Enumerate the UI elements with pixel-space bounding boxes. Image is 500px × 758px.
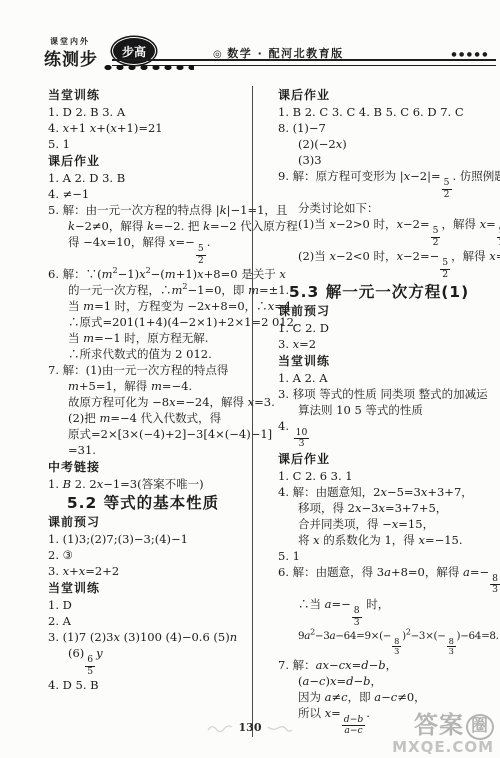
answer-line: 当 m=−1 时，原方程无解. (36, 330, 250, 346)
block-label: 当堂训练 (36, 87, 250, 103)
dots-decoration: ●●●●● (451, 51, 490, 58)
answer-line: 4. x+1 x+(x+1)=21 (36, 120, 250, 136)
answer-line: 7. 解：ax−cx=d−b， (266, 657, 492, 673)
section-heading: 5.3 解一元一次方程(1) (266, 284, 492, 300)
answer-line: =31. (36, 442, 250, 458)
answer-line: 8. (1)−7 (266, 120, 492, 136)
answer-line: 2. ③ (36, 547, 250, 563)
answer-line: 1. C 2. 6 3. 1 (266, 468, 492, 484)
watermark-logo: 答案圈 (392, 713, 494, 740)
fraction: 83 (392, 637, 401, 657)
fraction: 52 (431, 226, 441, 248)
answer-line: ∴所求代数式的值为 2 012. (36, 346, 250, 362)
answer-line: 1. C 2. D (266, 320, 492, 336)
answer-line: 1. B 2. C 3. C 4. B 5. C 6. D 7. C (266, 104, 492, 120)
block-label: 课后作业 (266, 87, 492, 103)
fraction: 65 (85, 655, 95, 677)
content: 当堂训练1. D 2. B 3. A4. x+1 x+(x+1)=215. 1课… (36, 86, 492, 737)
flourish-icon (267, 723, 293, 733)
block-label: 课后作业 (266, 451, 492, 467)
answer-line: 当 m=1 时，方程变为 −2x+8=0，∴x=4， (36, 298, 250, 314)
block-label: 课后作业 (36, 153, 250, 169)
answer-line: 4. 103 (266, 418, 492, 450)
answer-line: k−2≠0，解得 k=−2. 把 k=−2 代入原方程 (36, 218, 250, 234)
fraction: 52 (442, 178, 452, 200)
page-number: 130 (239, 721, 262, 734)
answer-line: 3. x=2 (266, 336, 492, 352)
answer-line: 1. A 2. D 3. B (36, 170, 250, 186)
left-column: 当堂训练1. D 2. B 3. A4. x+1 x+(x+1)=215. 1课… (36, 86, 252, 737)
answer-line: 9. 解：原方程可变形为 |x−2|=52. 仿照例题， (266, 168, 492, 200)
answer-line: 故原方程可化为 −8x=−24，解得 x=3. (36, 394, 250, 410)
scallop-decoration (102, 63, 194, 72)
answer-line: 1. (1)3;(2)7;(3)−3;(4)−1 (36, 531, 250, 547)
answer-line: 移项，得 2x−3x=3+7+5， (266, 500, 492, 516)
watermark-name: 答案 (414, 711, 464, 739)
answer-line: 1. B 2. 2x−1=3(答案不唯一) (36, 476, 250, 492)
fraction: 83 (352, 606, 362, 628)
answer-line: 3. x+x=2+2 (36, 563, 250, 579)
answer-line: 将 x 的系数化为 1，得 x=−15. (266, 532, 492, 548)
answer-line: (2)把 m=−4 代入代数式，得 (36, 410, 250, 426)
fraction: 103 (294, 428, 310, 450)
header: 课堂内外 练测步 步高 ◎数学 · 配河北教育版 ●●●●● (0, 0, 500, 84)
answer-line: (6)65y (36, 645, 250, 677)
subject-title: ◎数学 · 配河北教育版 (213, 45, 344, 61)
fraction: 52 (196, 244, 206, 266)
answer-line: (2)(−2x) (266, 136, 492, 152)
fraction: 83 (447, 637, 456, 657)
answer-line: 5. 1 (266, 548, 492, 564)
answer-line: 3. 移项 等式的性质 同类项 整式的加减运 (266, 386, 492, 402)
block-label: 课前预习 (36, 514, 250, 530)
answer-line: 6. 解：由题意，得 3a+8=0，解得 a=−83， (266, 564, 492, 596)
answer-line: 分类讨论如下： (266, 200, 492, 216)
fraction: 52 (440, 258, 450, 280)
answer-line: (3)3 (266, 152, 492, 168)
block-label: 当堂训练 (266, 353, 492, 369)
answer-line: 1. D 2. B 3. A (36, 104, 250, 120)
subject-icon: ◎ (213, 49, 223, 60)
answer-line: 1. D (36, 597, 250, 613)
answer-line: 4. ≠−1 (36, 186, 250, 202)
answer-line: 9a2−3a−64=9×(−83)2−3×(−83)−64=8. (266, 628, 492, 656)
fraction: 83 (490, 574, 500, 596)
answer-line: 5. 1 (36, 136, 250, 152)
block-label: 当堂训练 (36, 580, 250, 596)
answer-line: 原式=2×[3×(−4)+2]−3[4×(−4)−1] (36, 426, 250, 442)
answer-line: (2)当 x−2<0 时，x−2=−52，解得 x=−12. (266, 248, 492, 280)
block-label: 课前预习 (266, 303, 492, 319)
answer-line: 6. 解：∵(m2−1)x2−(m+1)x+8=0 是关于 x (36, 266, 250, 282)
watermark-circle-glyph: 圈 (466, 714, 494, 740)
answer-line: ∴当 a=−83 时， (266, 596, 492, 628)
answer-line: 得 −4x=10，解得 x=−52. (36, 234, 250, 266)
right-column: 课后作业1. B 2. C 3. C 4. B 5. C 6. D 7. C8.… (252, 86, 492, 737)
section-heading: 5.2 等式的基本性质 (36, 495, 250, 511)
answer-line: (a−c)x=d−b， (266, 673, 492, 689)
series-title: 练测步 (44, 45, 98, 70)
watermark-site: MXQE.COM (392, 740, 494, 756)
answer-line: 3. (1)7 (2)3x (3)100 (4)−0.6 (5)n (36, 629, 250, 645)
answer-line: m+5=1，解得 m=−4. (36, 378, 250, 394)
footer: 130 答案圈 MXQE.COM (0, 698, 500, 758)
answer-line: 5. 解：由一元一次方程的特点得 |k|−1=1，且 (36, 202, 250, 218)
answer-line: 的一元一次方程，∴m2−1=0，即 m=±1. (36, 282, 250, 298)
subject-title-text: 数学 · 配河北教育版 (227, 47, 343, 60)
answer-line: ∴原式=201(1+4)(4−2×1)+2×1=2 012. (36, 314, 250, 330)
answer-line: 算法则 10 5 等式的性质 (266, 402, 492, 418)
answer-line: 7. 解：(1)由一元一次方程的特点得 (36, 362, 250, 378)
answer-line: (1)当 x−2>0 时，x−2=52，解得 x=92； (266, 216, 492, 248)
workbook-answer-page: 课堂内外 练测步 步高 ◎数学 · 配河北教育版 ●●●●● 当堂训练1. D … (0, 0, 500, 758)
watermark: 答案圈 MXQE.COM (392, 713, 494, 756)
answer-line: 4. D 5. B (36, 677, 250, 693)
block-label: 中考链接 (36, 459, 250, 475)
answer-line: 2. A (36, 613, 250, 629)
answer-line: 4. 解：由题意知，2x−5=3x+3+7， (266, 484, 492, 500)
flourish-icon (207, 723, 233, 733)
answer-line: 合并同类项，得 −x=15， (266, 516, 492, 532)
answer-line: 1. A 2. A (266, 370, 492, 386)
